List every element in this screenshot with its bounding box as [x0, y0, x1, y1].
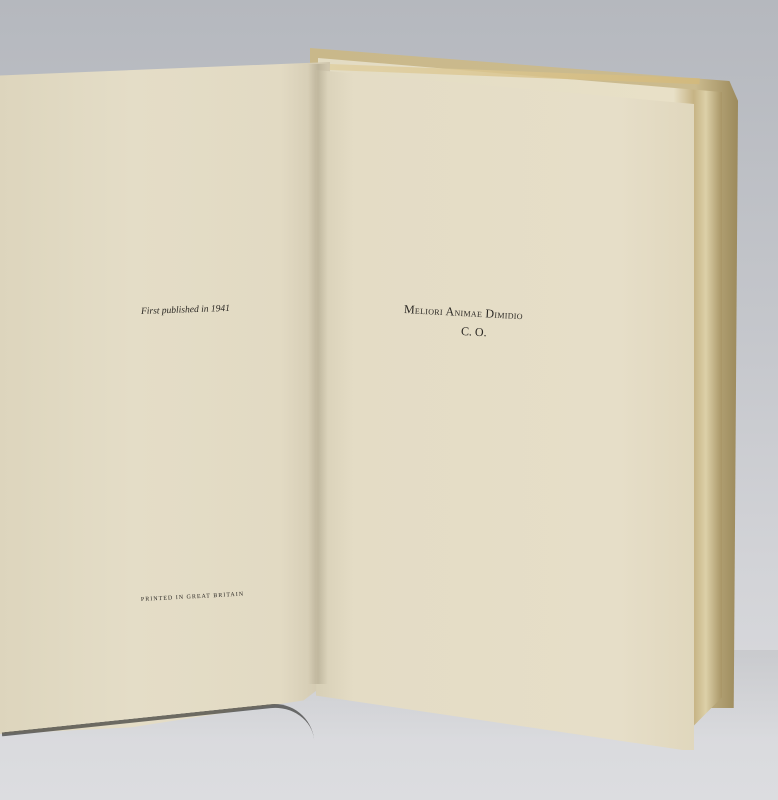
dedication-initials: C. O.	[461, 324, 487, 340]
book-gutter	[308, 64, 328, 684]
left-page	[0, 62, 330, 734]
right-page	[316, 70, 694, 750]
book-photo: First published in 1941 PRINTED IN GREAT…	[0, 0, 778, 800]
